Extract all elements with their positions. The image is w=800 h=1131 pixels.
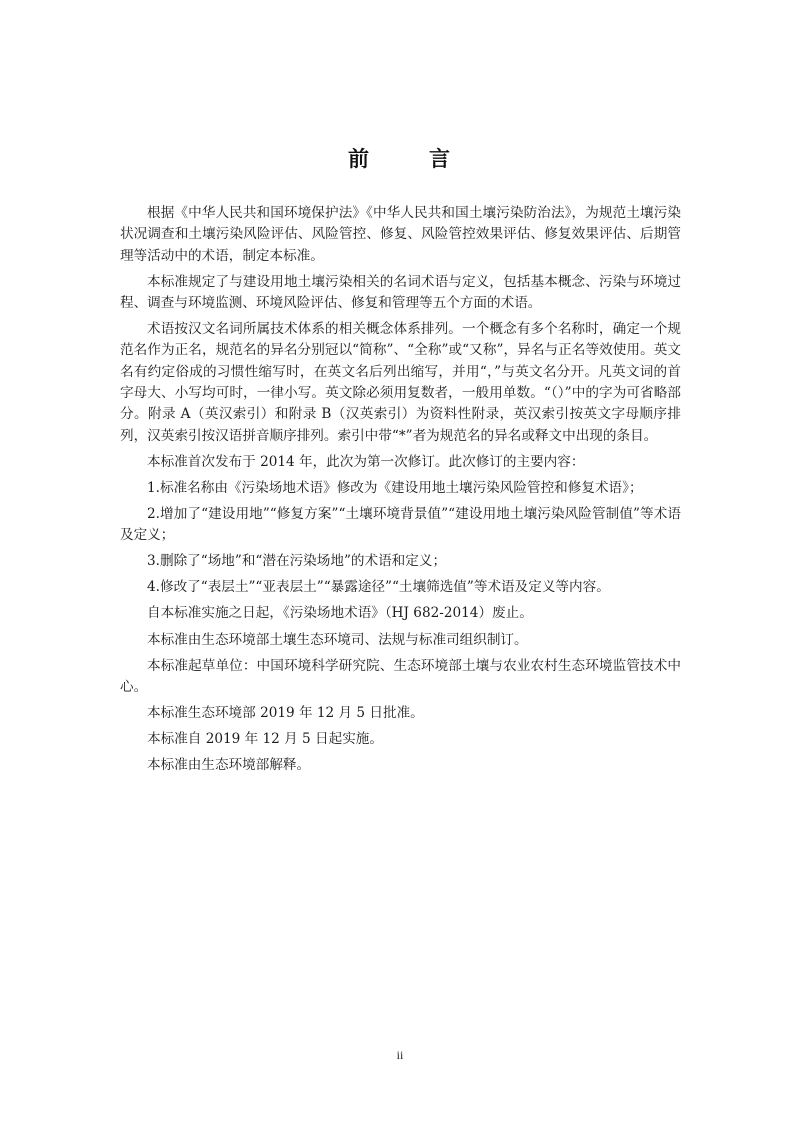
paragraph-revision-intro: 本标准首次发布于 2014 年，此次为第一次修订。此次修订的主要内容： [120,452,681,473]
paragraph-interpretation: 本标准由生态环境部解释。 [120,755,681,776]
preface-body: 根据《中华人民共和国环境保护法》《中华人民共和国土壤污染防治法》，为规范土壤污染… [120,203,681,781]
page-title: 前言 [0,143,800,173]
paragraph-abolish: 自本标准实施之日起，《污染场地术语》（HJ 682-2014）废止。 [120,603,681,624]
revision-item-2: 2.增加了“建设用地”“修复方案”“土壤环境背景值”“建设用地土壤污染风险管制值… [120,504,681,547]
page-number: ii [0,1048,800,1063]
paragraph-basis: 根据《中华人民共和国环境保护法》《中华人民共和国土壤污染防治法》，为规范土壤污染… [120,203,681,267]
title-char-2: 言 [429,143,452,173]
paragraph-organizer: 本标准由生态环境部土壤生态环境司、法规与标准司组织制订。 [120,630,681,651]
document-page: 前言 根据《中华人民共和国环境保护法》《中华人民共和国土壤污染防治法》，为规范土… [0,0,800,1131]
paragraph-drafters: 本标准起草单位：中国环境科学研究院、生态环境部土壤与农业农村生态环境监管技术中心… [120,656,681,699]
title-char-1: 前 [348,143,371,173]
paragraph-effective: 本标准自 2019 年 12 月 5 日起实施。 [120,729,681,750]
paragraph-scope: 本标准规定了与建设用地土壤污染相关的名词术语与定义，包括基本概念、污染与环境过程… [120,272,681,315]
revision-item-1: 1.标准名称由《污染场地术语》修改为《建设用地土壤污染风险管控和修复术语》； [120,478,681,499]
revision-item-4: 4.修改了“表层土”“亚表层土”“暴露途径”“土壤筛选值”等术语及定义等内容。 [120,577,681,598]
paragraph-approval: 本标准生态环境部 2019 年 12 月 5 日批准。 [120,703,681,724]
paragraph-arrangement: 术语按汉文名词所属技术体系的相关概念体系排列。一个概念有多个名称时，确定一个规范… [120,319,681,447]
revision-item-3: 3.删除了“场地”和“潜在污染场地”的术语和定义； [120,551,681,572]
